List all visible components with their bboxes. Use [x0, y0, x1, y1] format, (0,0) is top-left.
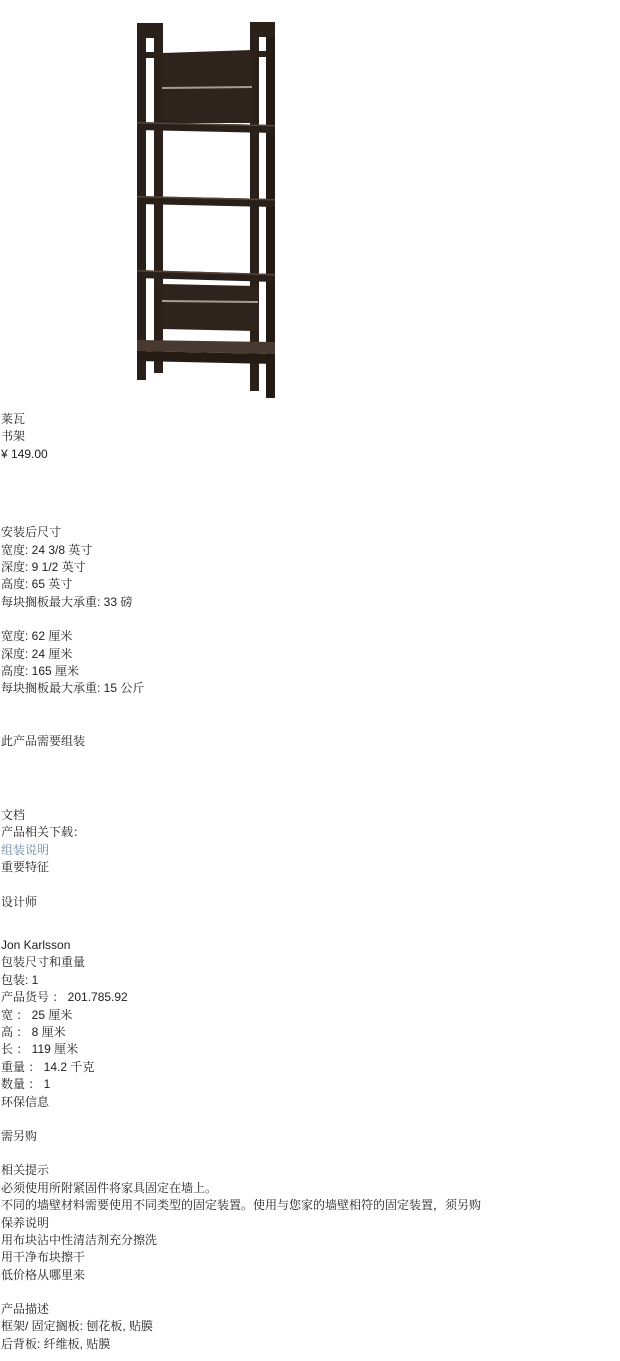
bookshelf-post-right-back	[266, 22, 275, 398]
packaging-height: 高 ： 8 厘米	[1, 1024, 481, 1041]
designer-name: Jon Karlsson	[1, 937, 481, 954]
product-page: 莱瓦 书架 ¥ 149.00 安装后尺寸 宽度: 24 3/8 英寸 深度: 9…	[0, 0, 620, 1361]
assembled-dimensions-title: 安装后尺寸	[1, 524, 481, 541]
bookshelf-cap-left	[137, 23, 163, 38]
assembled-height-imperial: 高度: 65 英寸	[1, 576, 481, 593]
low-price-label: 低价格从哪里来	[1, 1267, 481, 1284]
documents-title: 文档	[1, 807, 481, 824]
tips-line-wall-fasteners: 不同的墙壁材料需要使用不同类型的固定装置。使用与您家的墙壁相符的固定装置，须另购	[1, 1197, 481, 1214]
bookshelf-back-panel-bottom	[162, 284, 258, 331]
tips-title: 相关提示	[1, 1162, 481, 1179]
assembled-maxload-imperial: 每块搁板最大承重: 33 磅	[1, 594, 481, 611]
assembled-depth-metric: 深度: 24 厘米	[1, 646, 481, 663]
product-category: 书架	[1, 428, 481, 445]
packaging-weight: 重量 ： 14.2 千克	[1, 1059, 481, 1076]
bookshelf-rung-left-top	[146, 52, 154, 58]
buy-separately-label: 需另购	[1, 1128, 481, 1145]
product-name-title: 莱瓦	[1, 411, 481, 428]
assembled-height-metric: 高度: 165 厘米	[1, 663, 481, 680]
product-info-column: 莱瓦 书架 ¥ 149.00 安装后尺寸 宽度: 24 3/8 英寸 深度: 9…	[1, 411, 481, 1353]
product-price: ¥ 149.00	[1, 446, 481, 463]
care-line-wipe-dry: 用干净布块擦干	[1, 1249, 481, 1266]
assembled-width-metric: 宽度: 62 厘米	[1, 628, 481, 645]
assembly-instructions-link[interactable]: 组装说明	[1, 842, 481, 859]
care-line-wipe-clean: 用布块沾中性清洁剂充分擦洗	[1, 1232, 481, 1249]
designer-title: 设计师	[1, 894, 481, 911]
bookshelf-cap-right	[250, 22, 275, 37]
product-image-bookshelf	[135, 20, 277, 400]
bookshelf-panels	[162, 50, 258, 331]
description-back-panel: 后背板: 纤维板, 贴膜	[1, 1336, 481, 1353]
description-title: 产品描述	[1, 1301, 481, 1318]
tips-line-anchor-wall: 必须使用所附紧固件将家具固定在墙上。	[1, 1180, 481, 1197]
description-frame-shelf: 框架/ 固定搁板: 刨花板, 贴膜	[1, 1318, 481, 1335]
packaging-length: 长 ： 119 厘米	[1, 1041, 481, 1058]
assembled-depth-imperial: 深度: 9 1/2 英寸	[1, 559, 481, 576]
assembly-required-note: 此产品需要组装	[1, 733, 481, 750]
packaging-article-number: 产品货号 ： 201.785.92	[1, 989, 481, 1006]
packaging-width: 宽 ： 25 厘米	[1, 1007, 481, 1024]
assembled-maxload-metric: 每块搁板最大承重: 15 公斤	[1, 680, 481, 697]
downloads-label: 产品相关下载：	[1, 824, 481, 841]
packaging-quantity: 数量 ： 1	[1, 1076, 481, 1093]
environment-label: 环保信息	[1, 1094, 481, 1111]
key-features-label: 重要特征	[1, 859, 481, 876]
care-title: 保养说明	[1, 1215, 481, 1232]
assembled-width-imperial: 宽度: 24 3/8 英寸	[1, 542, 481, 559]
packaging-title: 包装尺寸和重量	[1, 954, 481, 971]
packaging-packages: 包装: 1	[1, 972, 481, 989]
bookshelf-rung-right-top	[259, 51, 266, 57]
